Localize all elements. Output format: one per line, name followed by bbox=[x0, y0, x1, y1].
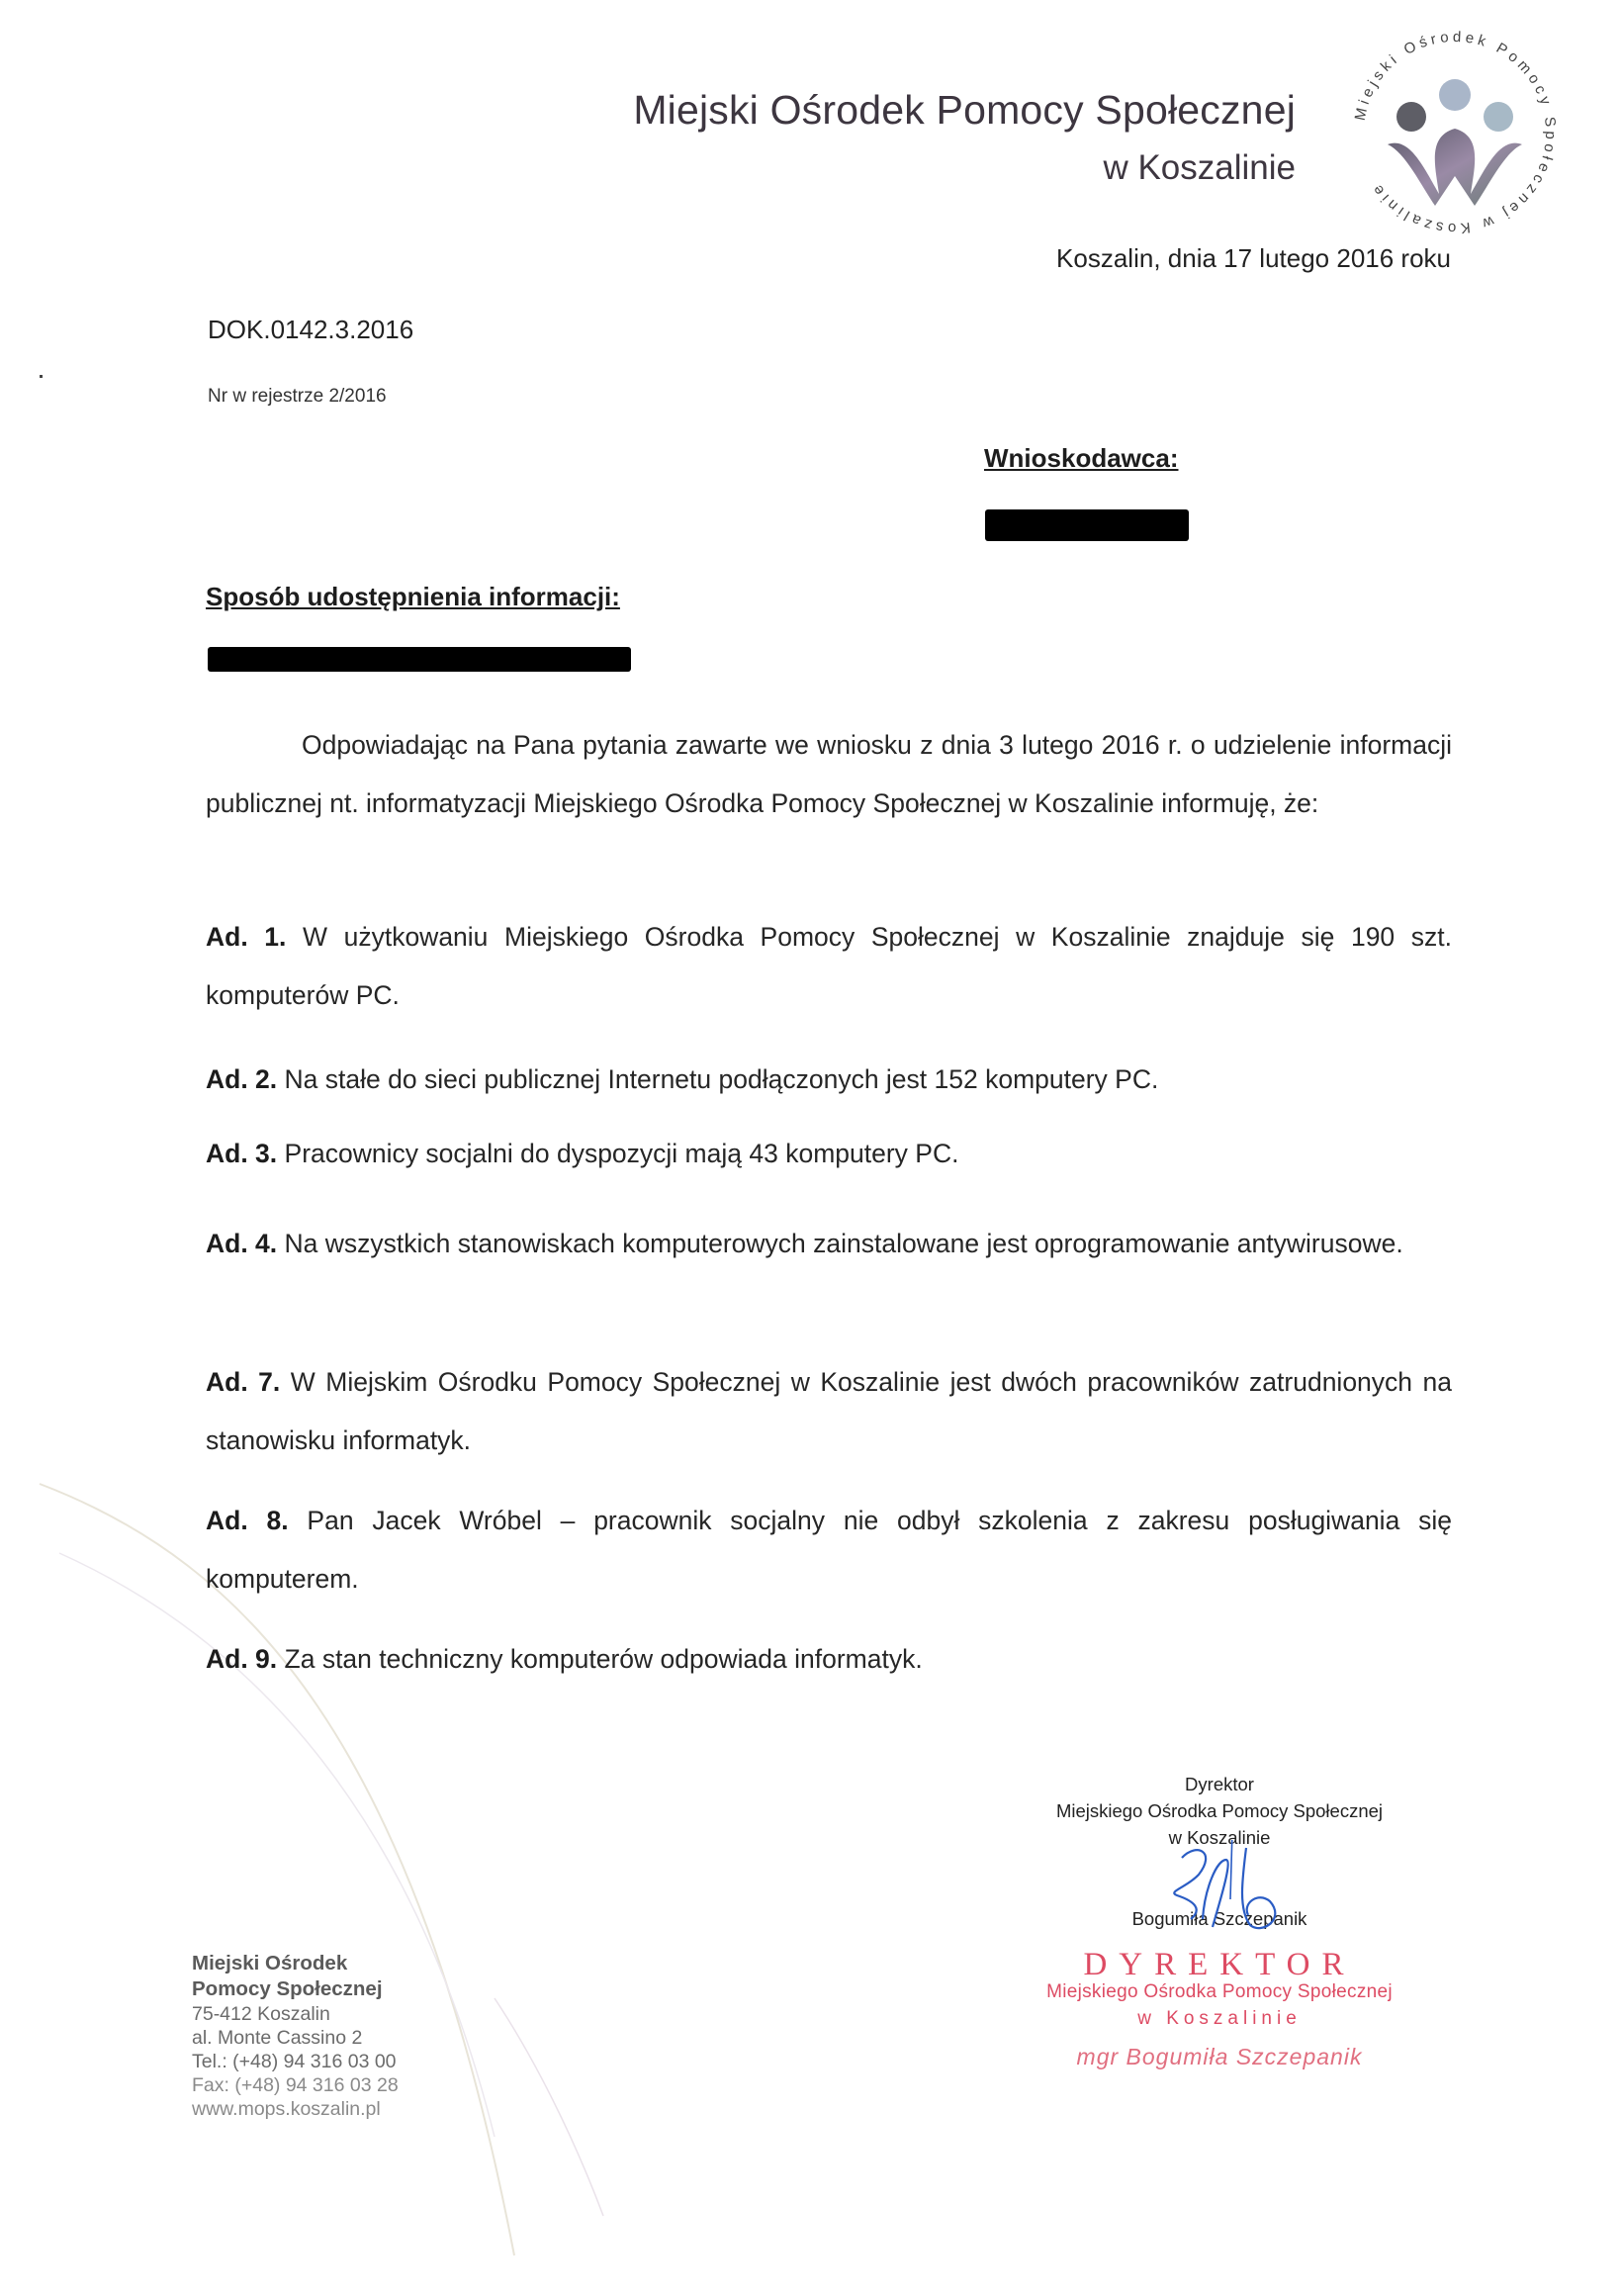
answer-label: Ad. 2. bbox=[206, 1064, 277, 1094]
answer-text: Na stałe do sieci publicznej Internetu p… bbox=[285, 1064, 1159, 1094]
stamp-title: DYREKTOR bbox=[1022, 1947, 1417, 1983]
footer-fax: Fax: (+48) 94 316 03 28 bbox=[192, 2073, 399, 2097]
answer-item: Ad. 1. W użytkowaniu Miejskiego Ośrodka … bbox=[206, 908, 1452, 1025]
answer-text: W Miejskim Ośrodku Pomocy Społecznej w K… bbox=[206, 1367, 1452, 1455]
answer-label: Ad. 7. bbox=[206, 1367, 280, 1397]
date-line: Koszalin, dnia 17 lutego 2016 roku bbox=[1056, 243, 1451, 274]
stamp-name: mgr Bogumiła Szczepanik bbox=[1022, 2044, 1417, 2070]
signature-line: Dyrektor bbox=[1022, 1771, 1417, 1797]
answer-label: Ad. 4. bbox=[206, 1229, 277, 1258]
footer-street: al. Monte Cassino 2 bbox=[192, 2026, 399, 2050]
answer-label: Ad. 9. bbox=[206, 1644, 277, 1674]
answer-text: Za stan techniczny komputerów odpowiada … bbox=[285, 1644, 923, 1674]
answer-label: Ad. 3. bbox=[206, 1139, 277, 1168]
org-title: Miejski Ośrodek Pomocy Społecznej bbox=[633, 87, 1296, 134]
document-number: DOK.0142.3.2016 bbox=[208, 315, 413, 345]
footer-address: Miejski Ośrodek Pomocy Społecznej 75-412… bbox=[192, 1951, 399, 2121]
footer-org-line1: Miejski Ośrodek bbox=[192, 1951, 399, 1976]
intro-paragraph: Odpowiadając na Pana pytania zawarte we … bbox=[206, 716, 1452, 833]
answer-item: Ad. 8. Pan Jacek Wróbel – pracownik socj… bbox=[206, 1492, 1452, 1608]
org-city: w Koszalinie bbox=[1103, 148, 1296, 188]
applicant-label: Wnioskodawca: bbox=[984, 443, 1178, 474]
stamp-org-line: Miejskiego Ośrodka Pomocy Społecznej bbox=[1022, 1981, 1417, 2003]
intro-text: Odpowiadając na Pana pytania zawarte we … bbox=[206, 730, 1452, 818]
applicant-redacted bbox=[985, 509, 1189, 541]
answer-label: Ad. 8. bbox=[206, 1506, 289, 1535]
answer-label: Ad. 1. bbox=[206, 922, 286, 952]
handwritten-signature-icon bbox=[1147, 1840, 1296, 1939]
register-number: Nr w rejestrze 2/2016 bbox=[208, 386, 387, 408]
footer-website-link[interactable]: www.mops.koszalin.pl bbox=[192, 2097, 399, 2121]
answer-item: Ad. 3. Pracownicy socjalni do dyspozycji… bbox=[206, 1125, 1452, 1183]
sharing-method-redacted bbox=[208, 647, 631, 672]
answer-item: Ad. 7. W Miejskim Ośrodku Pomocy Społecz… bbox=[206, 1353, 1452, 1470]
answer-text: Pracownicy socjalni do dyspozycji mają 4… bbox=[285, 1139, 959, 1168]
answer-item: Ad. 2. Na stałe do sieci publicznej Inte… bbox=[206, 1051, 1452, 1109]
stamp-city-line: w Koszalinie bbox=[1022, 2008, 1417, 2030]
sharing-method-label: Sposób udostępnienia informacji: bbox=[206, 582, 620, 612]
mops-logo-icon: Miejski Ośrodek Pomocy Społecznej w Kosz… bbox=[1340, 18, 1570, 247]
signature-title-block: Dyrektor Miejskiego Ośrodka Pomocy Społe… bbox=[1022, 1771, 1417, 1851]
answer-text: Na wszystkich stanowiskach komputerowych… bbox=[285, 1229, 1403, 1258]
signature-line: Miejskiego Ośrodka Pomocy Społecznej bbox=[1022, 1797, 1417, 1824]
answer-item: Ad. 4. Na wszystkich stanowiskach komput… bbox=[206, 1215, 1452, 1273]
answer-text: W użytkowaniu Miejskiego Ośrodka Pomocy … bbox=[206, 922, 1452, 1010]
answer-text: Pan Jacek Wróbel – pracownik socjalny ni… bbox=[206, 1506, 1452, 1594]
footer-org-line2: Pomocy Społecznej bbox=[192, 1976, 399, 2002]
answer-item: Ad. 9. Za stan techniczny komputerów odp… bbox=[206, 1630, 1452, 1689]
footer-tel: Tel.: (+48) 94 316 03 00 bbox=[192, 2050, 399, 2073]
footer-postal: 75-412 Koszalin bbox=[192, 2002, 399, 2026]
scan-speck bbox=[40, 375, 43, 378]
